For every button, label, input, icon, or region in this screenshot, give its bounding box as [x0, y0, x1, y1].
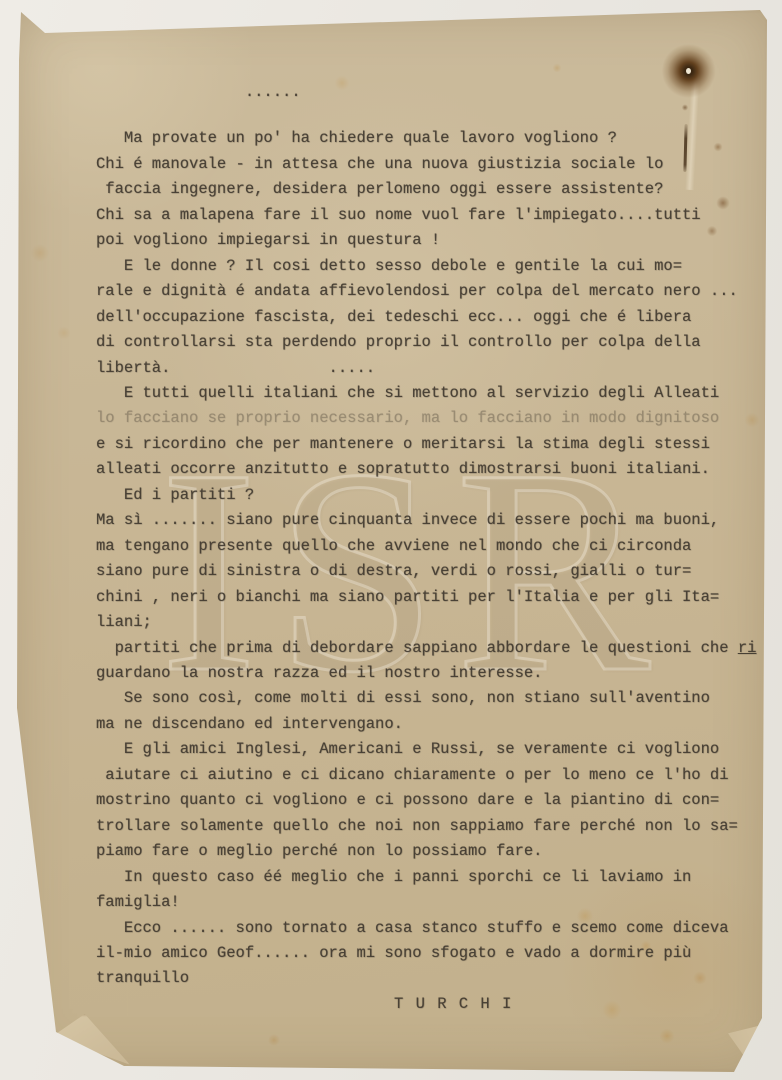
- typed-line: tranquillo: [96, 966, 764, 991]
- typed-line: piamo fare o meglio perché non lo possia…: [96, 839, 764, 864]
- typed-line: E le donne ? Il cosi detto sesso debole …: [96, 254, 764, 279]
- typed-line-text: partiti che prima di debordare sappiano …: [96, 639, 738, 657]
- typed-line: alleati occorre anzitutto e sopratutto d…: [96, 457, 764, 482]
- typed-line: Ma provate un po' ha chiedere quale lavo…: [96, 126, 764, 151]
- typed-line: Chi é manovale - in attesa che una nuova…: [96, 152, 764, 177]
- rust-stain-hole: [686, 68, 691, 74]
- typed-line: famiglia!: [96, 890, 764, 915]
- typed-line: ma ne discendano ed intervengano.: [96, 712, 764, 737]
- folded-corner-bottom-right: [710, 1016, 770, 1074]
- ellipsis-header: ......: [96, 80, 764, 105]
- typed-line: mostrino quanto ci vogliono e ci possono…: [96, 788, 764, 813]
- typed-line: libertà. .....: [96, 356, 764, 381]
- typed-line: Ed i partiti ?: [96, 483, 764, 508]
- typed-line: il-mio amico Geof...... ora mi sono sfog…: [96, 941, 764, 966]
- typed-line: Se sono così, come molti di essi sono, n…: [96, 686, 764, 711]
- typed-line: poi vogliono impiegarsi in questura !: [96, 228, 764, 253]
- typed-line: di controllarsi sta perdendo proprio il …: [96, 330, 764, 355]
- signature-turchi: T U R C H I: [394, 992, 764, 1017]
- typed-line: siano pure di sinistra o di destra, verd…: [96, 559, 764, 584]
- typed-line: In questo caso éé meglio che i panni spo…: [96, 865, 764, 890]
- typed-line: e si ricordino che per mantenere o merit…: [96, 432, 764, 457]
- typed-line-faded: lo facciano se proprio necessario, ma lo…: [96, 406, 764, 431]
- typed-line: Ecco ...... sono tornato a casa stanco s…: [96, 916, 764, 941]
- typed-line: dell'occupazione fascista, dei tedeschi …: [96, 305, 764, 330]
- typed-line: Ma sì ....... siano pure cinquanta invec…: [96, 508, 764, 533]
- typed-line: rale e dignità é andata affievolendosi p…: [96, 279, 764, 304]
- folded-corner-bottom-left: [52, 1014, 130, 1068]
- underlined-syllable: ri: [738, 639, 757, 657]
- typewritten-text-block: ...... Ma provate un po' ha chiedere qua…: [96, 80, 764, 1017]
- typed-line: trollare solamente quello che noi non sa…: [96, 814, 764, 839]
- scan-backdrop: ISR ...... Ma provate un po' ha chiedere…: [0, 0, 782, 1080]
- typed-line: partiti che prima di debordare sappiano …: [96, 636, 764, 661]
- typed-line: liani;: [96, 610, 764, 635]
- typed-line: faccia ingegnere, desidera perlomeno ogg…: [96, 177, 764, 202]
- typed-line: E gli amici Inglesi, Americani e Russi, …: [96, 737, 764, 762]
- typed-line: E tutti quelli italiani che si mettono a…: [96, 381, 764, 406]
- typed-line: chini , neri o bianchi ma siano partiti …: [96, 585, 764, 610]
- typed-line: guardano la nostra razza ed il nostro in…: [96, 661, 764, 686]
- typed-line: aiutare ci aiutino e ci dicano chiaramen…: [96, 763, 764, 788]
- typed-line: ma tengano presente quello che avviene n…: [96, 534, 764, 559]
- typed-line: Chi sa a malapena fare il suo nome vuol …: [96, 203, 764, 228]
- document-page: ISR ...... Ma provate un po' ha chiedere…: [12, 8, 770, 1074]
